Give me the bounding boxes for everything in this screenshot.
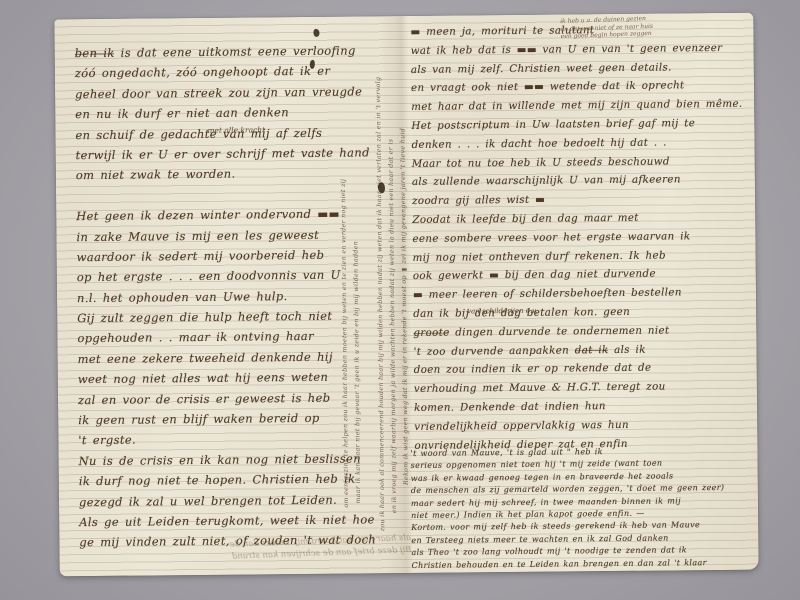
handwriting-line: op het ergste . . . een doodvonnis van U: [77, 265, 377, 288]
ink-blot: [313, 29, 319, 37]
handwriting-line: opgehouden . . maar ik ontving haar: [77, 326, 377, 349]
handwriting-line: terwijl ik er U er over schrijf met vast…: [76, 142, 376, 165]
right-page-text: ▬ meen ja, morituri te salutantwat ik he…: [410, 20, 756, 456]
ink-blot: [378, 182, 385, 193]
handwriting-line: n.l. het ophouden van Uwe hulp.: [77, 285, 377, 308]
handwriting-line: met haar dat in willende met mij zijn qu…: [411, 95, 753, 117]
handwriting-line: waardoor ik sedert mij voorbereid heb: [77, 244, 377, 267]
handwriting-line: [76, 183, 376, 206]
ink-blot: [310, 60, 315, 69]
handwriting-line: wat ik heb dat is ▬▬ van U en van 't gee…: [411, 38, 753, 60]
interlinear-insertion-left: met alle kracht: [207, 125, 265, 135]
handwriting-line: in zake Mauve is mij een les geweest: [76, 224, 376, 247]
handwriting-line: b̶e̶n̶ ̶i̶k̶ is dat eene uitkomst eene v…: [75, 40, 375, 63]
handwriting-line: weet nog niet alles wat hij eens weten: [78, 367, 378, 390]
handwriting-line: 't ergste.: [78, 428, 378, 451]
handwriting-line: Nu is de crisis en ik kan nog niet besli…: [78, 448, 378, 471]
handwriting-line: om niet zwak te worden.: [76, 163, 376, 186]
handwriting-line: en nu ik durf er niet aan denken: [75, 101, 375, 124]
handwriting-line: ik durf nog niet te hopen. Christien heb…: [79, 468, 379, 491]
handwriting-line: Gij zult zeggen die hulp heeft toch niet: [77, 305, 377, 328]
handwriting-line: zóó ongedacht, zóó ongehoopt dat ik er: [75, 61, 375, 84]
handwriting-line: Als ge uit Leiden terugkomt, weet ik nie…: [79, 509, 379, 532]
handwriting-line: geheel door van streek zou zijn van vreu…: [75, 81, 375, 104]
letter-sheet: b̶e̶n̶ ̶i̶k̶ is dat eene uitkomst eene v…: [54, 13, 758, 577]
interlinear-insertion-right: van schilderijen e.v.: [467, 307, 537, 316]
right-page-text-dense: 't woord van Mauve, 't is glad uit " heb…: [410, 445, 759, 572]
photo-backdrop: b̶e̶n̶ ̶i̶k̶ is dat eene uitkomst eene v…: [0, 0, 800, 600]
handwriting-line: ik geen rust en blijf waken bereid op: [78, 407, 378, 430]
left-page-text: b̶e̶n̶ ̶i̶k̶ is dat eene uitkomst eene v…: [75, 40, 380, 553]
handwriting-line: Christien behouden en te Leiden kan bren…: [412, 556, 760, 572]
handwriting-line: gezegd ik zal u wel brengen tot Leiden.: [79, 489, 379, 512]
handwriting-line: met eene zekere tweeheid denkende hij: [78, 346, 378, 369]
handwriting-line: zal en voor de crisis er geweest is heb: [78, 387, 378, 410]
handwriting-line: Het geen ik dezen winter ondervond ▬▬: [76, 203, 376, 226]
